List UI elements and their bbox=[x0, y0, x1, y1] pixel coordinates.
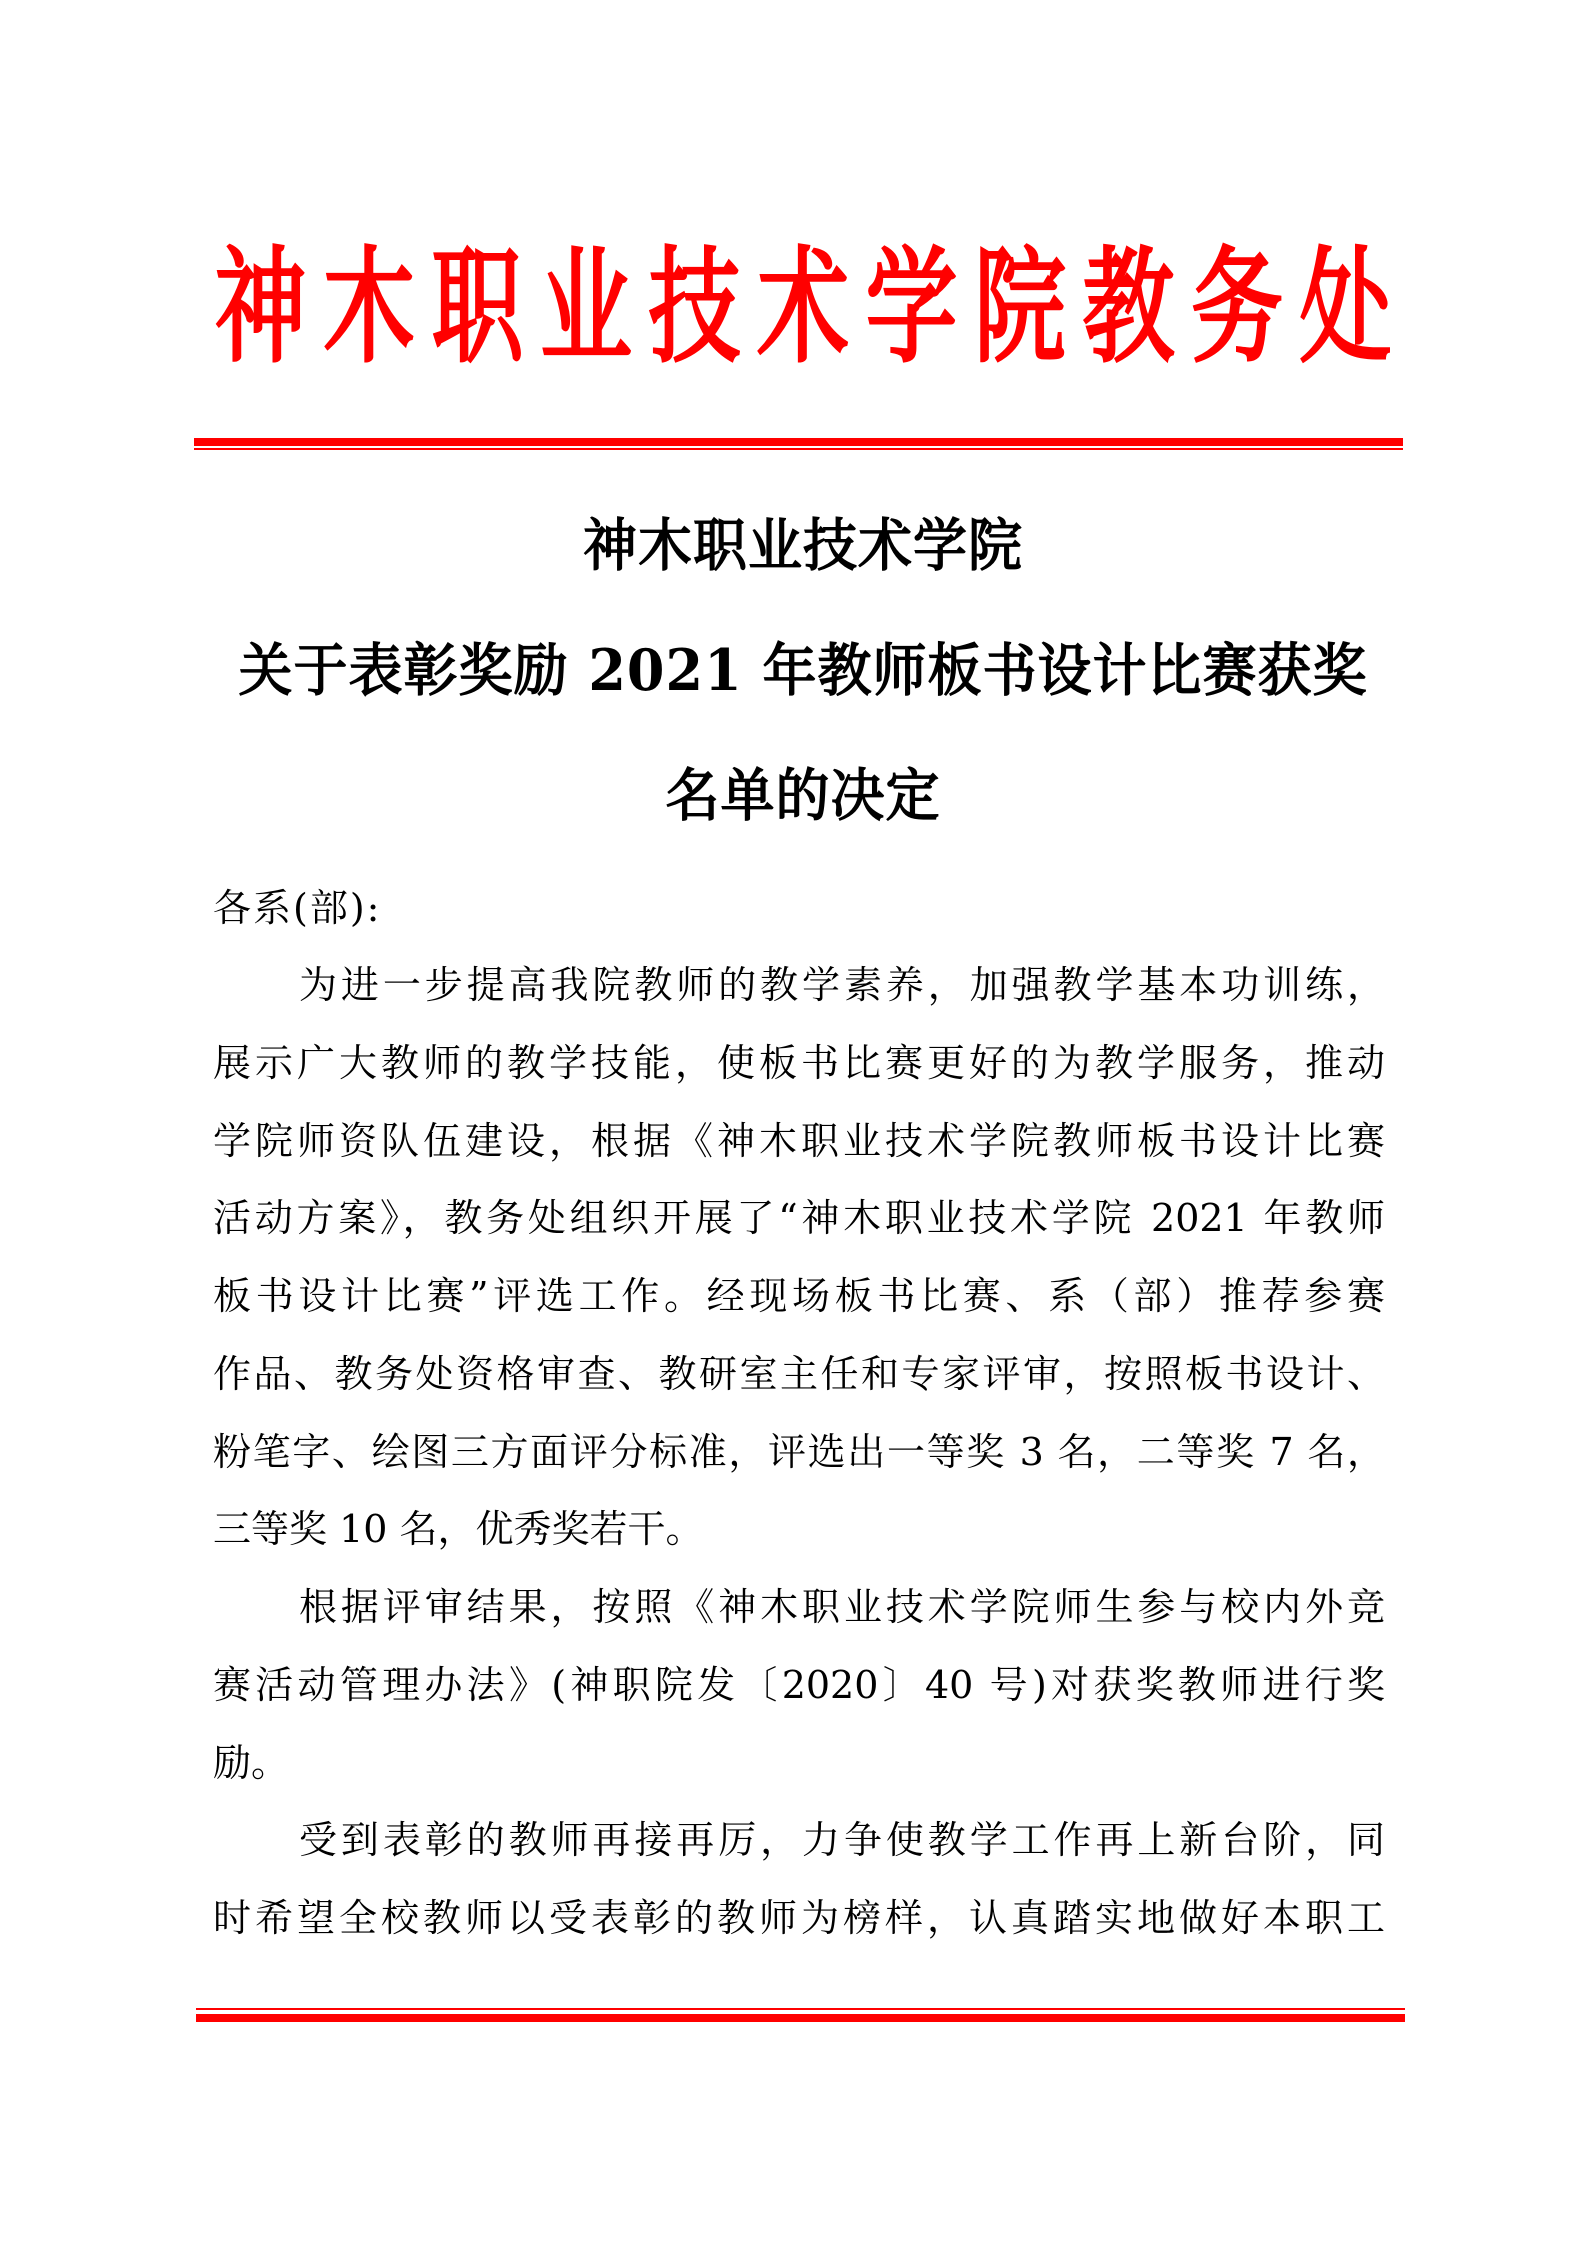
masthead-char: 学 bbox=[863, 244, 960, 369]
masthead-char: 业 bbox=[538, 244, 635, 369]
masthead-char: 神 bbox=[212, 244, 309, 369]
bottom-divider-thin bbox=[196, 2008, 1405, 2010]
masthead-char: 院 bbox=[972, 244, 1069, 369]
body-line: 时希望全校教师以受表彰的教师为榜样，认真踏实地做好本职工 bbox=[213, 1893, 1385, 1943]
document-page: 神木职业技术学院教务处 神木职业技术学院 关于表彰奖励 2021 年教师板书设计… bbox=[0, 0, 1587, 2245]
masthead-char: 术 bbox=[755, 244, 852, 369]
body-line: 学院师资队伍建设，根据《神木职业技术学院教师板书设计比赛 bbox=[213, 1116, 1385, 1166]
body-line: 作品、教务处资格审查、教研室主任和专家评审，按照板书设计、 bbox=[213, 1349, 1385, 1399]
bottom-divider-thick bbox=[196, 2014, 1405, 2022]
top-divider-thick bbox=[194, 438, 1403, 446]
masthead-char: 教 bbox=[1080, 244, 1177, 369]
masthead-char: 务 bbox=[1189, 244, 1286, 369]
title-line-1: 神木职业技术学院 bbox=[0, 515, 1587, 575]
body-line: 粉笔字、绘图三方面评分标准，评选出一等奖 3 名，二等奖 7 名， bbox=[213, 1427, 1385, 1477]
masthead: 神木职业技术学院教务处 bbox=[212, 222, 1394, 392]
body-line: 赛活动管理办法》(神职院发〔2020〕40 号)对获奖教师进行奖 bbox=[213, 1660, 1385, 1710]
masthead-char: 技 bbox=[646, 244, 743, 369]
title-line-3: 名单的决定 bbox=[0, 765, 1587, 825]
masthead-char: 职 bbox=[429, 244, 526, 369]
title-line-2: 关于表彰奖励 2021 年教师板书设计比赛获奖 bbox=[0, 640, 1587, 700]
masthead-char: 处 bbox=[1297, 244, 1394, 369]
top-divider-thin bbox=[194, 448, 1403, 450]
body-line: 为进一步提高我院教师的教学素养，加强教学基本功训练， bbox=[299, 960, 1385, 1010]
masthead-char: 木 bbox=[321, 244, 418, 369]
body-line: 三等奖 10 名，优秀奖若干。 bbox=[213, 1504, 1385, 1554]
body-line: 活动方案》，教务处组织开展了“神木职业技术学院 2021 年教师 bbox=[213, 1193, 1385, 1243]
salutation: 各系(部): bbox=[213, 883, 381, 933]
body-line: 励。 bbox=[213, 1738, 1385, 1788]
body-line: 受到表彰的教师再接再厉，力争使教学工作再上新台阶，同 bbox=[299, 1815, 1385, 1865]
body-line: 根据评审结果，按照《神木职业技术学院师生参与校内外竞 bbox=[299, 1582, 1385, 1632]
body-line: 板书设计比赛”评选工作。经现场板书比赛、系（部）推荐参赛 bbox=[213, 1271, 1385, 1321]
body-line: 展示广大教师的教学技能，使板书比赛更好的为教学服务，推动 bbox=[213, 1038, 1385, 1088]
